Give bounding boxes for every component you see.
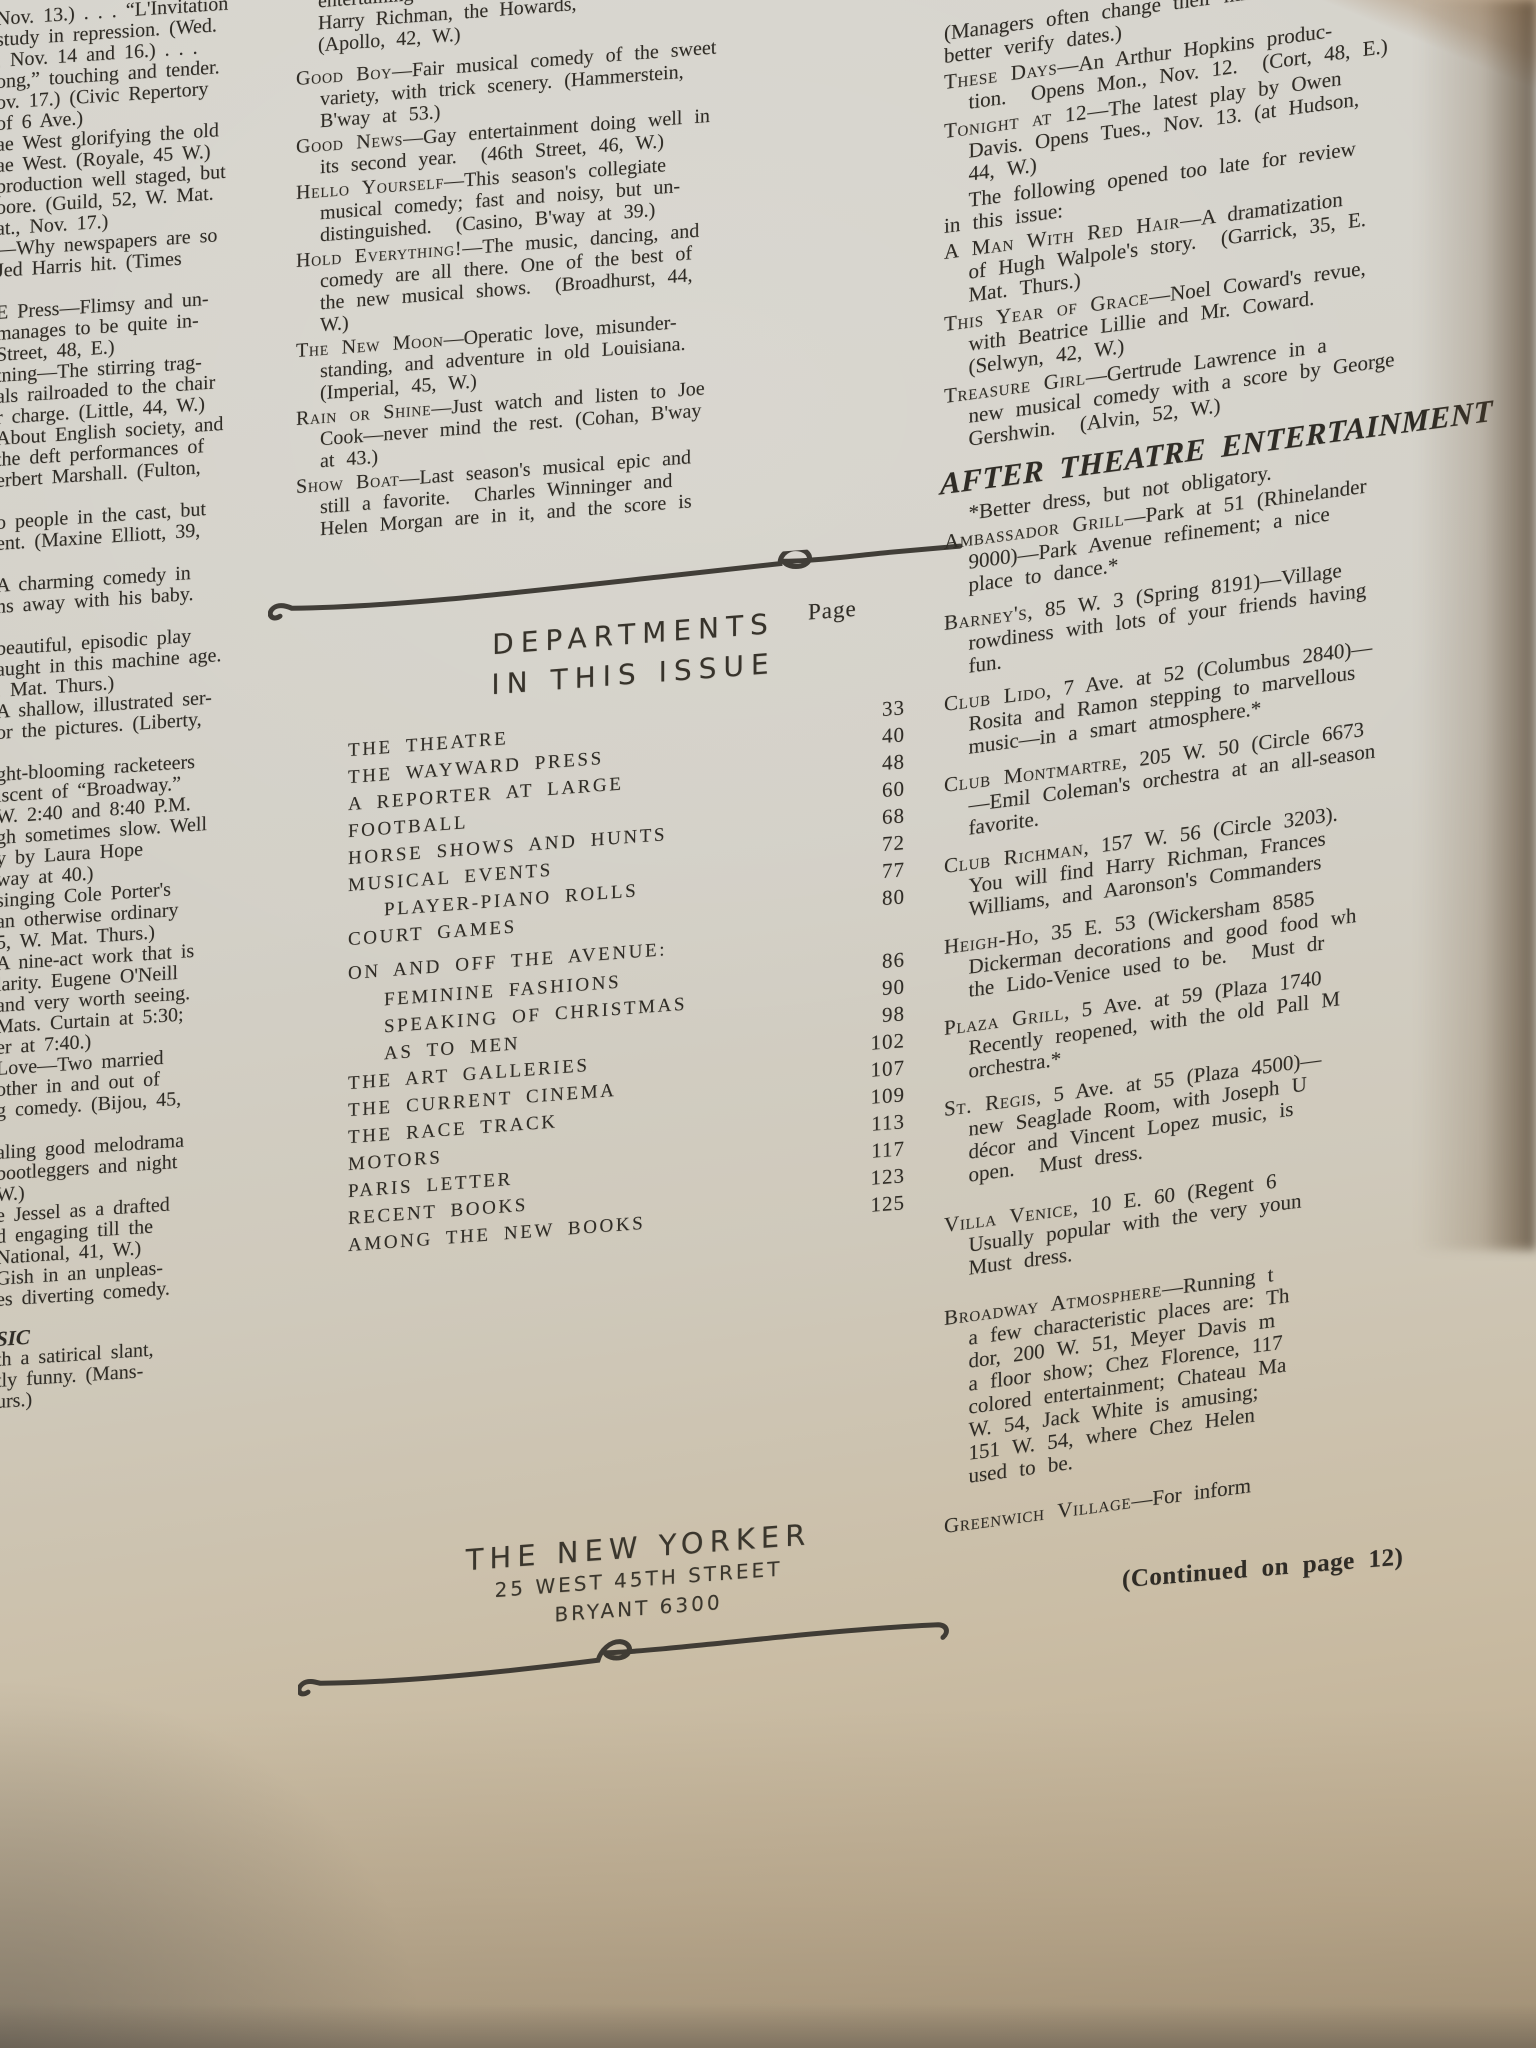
- toc-page-number: 72: [849, 831, 905, 857]
- toc-page-number: 113: [849, 1110, 905, 1136]
- magazine-page-photo: Eva Le Gallienne Nov. 13.) . . . “L'Invi…: [0, 0, 1536, 2048]
- page-bottom-edge: [0, 2004, 1536, 2048]
- middle-column: entertaining be Harry Richman, the Howar…: [296, 0, 1011, 1703]
- toc-page-number: 98: [849, 1002, 905, 1028]
- toc-page-number: 33: [849, 696, 905, 722]
- toc-page-number: 77: [849, 858, 905, 884]
- toc-page-number: 102: [849, 1029, 905, 1055]
- right-column: OTE (Managers often change their minds, …: [944, 0, 1536, 1615]
- left-column: Eva Le Gallienne Nov. 13.) . . . “L'Invi…: [0, 0, 286, 1413]
- toc-page-number: 48: [849, 750, 905, 776]
- toc-page-number: 90: [849, 975, 905, 1001]
- theatre-listings: Good Boy—Fair musical comedy of the swee…: [296, 14, 1011, 542]
- left-column-text: Nov. 13.) . . . “L'Invitation study in r…: [0, 0, 286, 1311]
- toc-page-number: [849, 937, 905, 941]
- toc-page-number: 117: [849, 1137, 905, 1163]
- toc-page-number: 123: [849, 1164, 905, 1190]
- paper-shading-bottom: [0, 1708, 1536, 2048]
- toc-page-number: 107: [849, 1056, 905, 1082]
- toc-page-number: 60: [849, 777, 905, 803]
- continued-on-page-note: (Continued on page 12): [1122, 1525, 1536, 1591]
- toc-page-number: 68: [849, 804, 905, 830]
- page-column-label: Page: [808, 598, 857, 624]
- toc-page-number: 80: [849, 885, 905, 911]
- shadow-bottom-left-corner: [0, 1648, 460, 2048]
- toc-page-number: 86: [849, 948, 905, 974]
- venue-name: Greenwich Village: [944, 1489, 1131, 1538]
- departments-list: THE THEATRE33 THE WAYWARD PRESS40 A REPO…: [296, 688, 1011, 1264]
- venue-body: —For inform: [1131, 1473, 1251, 1513]
- toc-page-number: 125: [849, 1191, 905, 1217]
- toc-page-number: 109: [849, 1083, 905, 1109]
- toc-page-number: 40: [849, 723, 905, 749]
